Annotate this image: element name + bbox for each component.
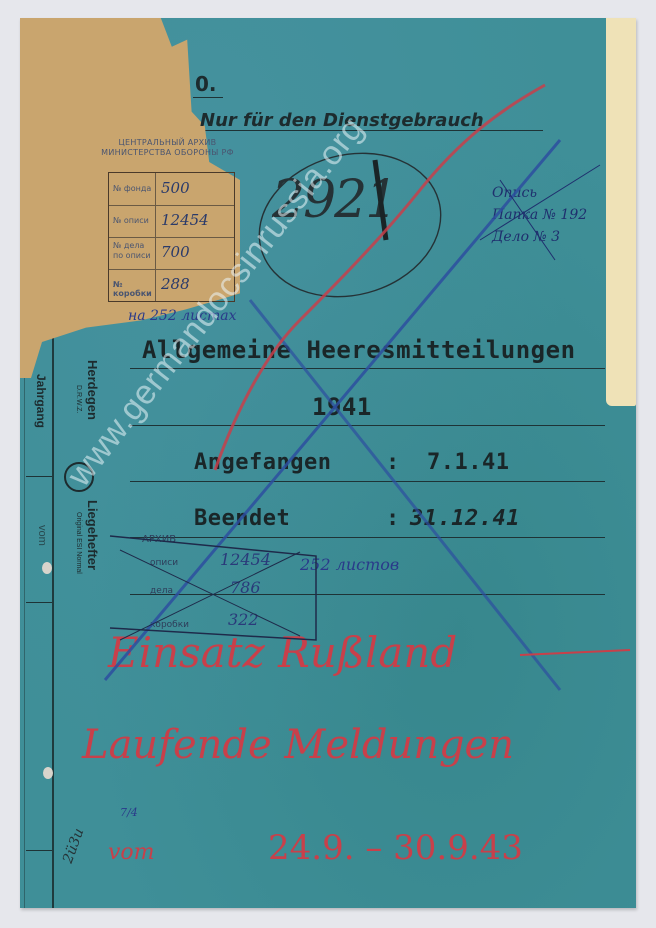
- old-stamp-cross: [120, 552, 300, 640]
- old-stamp-cross: [120, 550, 300, 636]
- inventory-cross: [500, 180, 555, 260]
- blue-cross-stroke: [105, 140, 560, 680]
- red-proveren-stroke: [215, 85, 545, 470]
- red-underline-stroke: [520, 650, 630, 655]
- blue-cross-stroke: [250, 300, 560, 690]
- inventory-cross: [480, 165, 600, 240]
- pencil-stroke: [375, 160, 386, 240]
